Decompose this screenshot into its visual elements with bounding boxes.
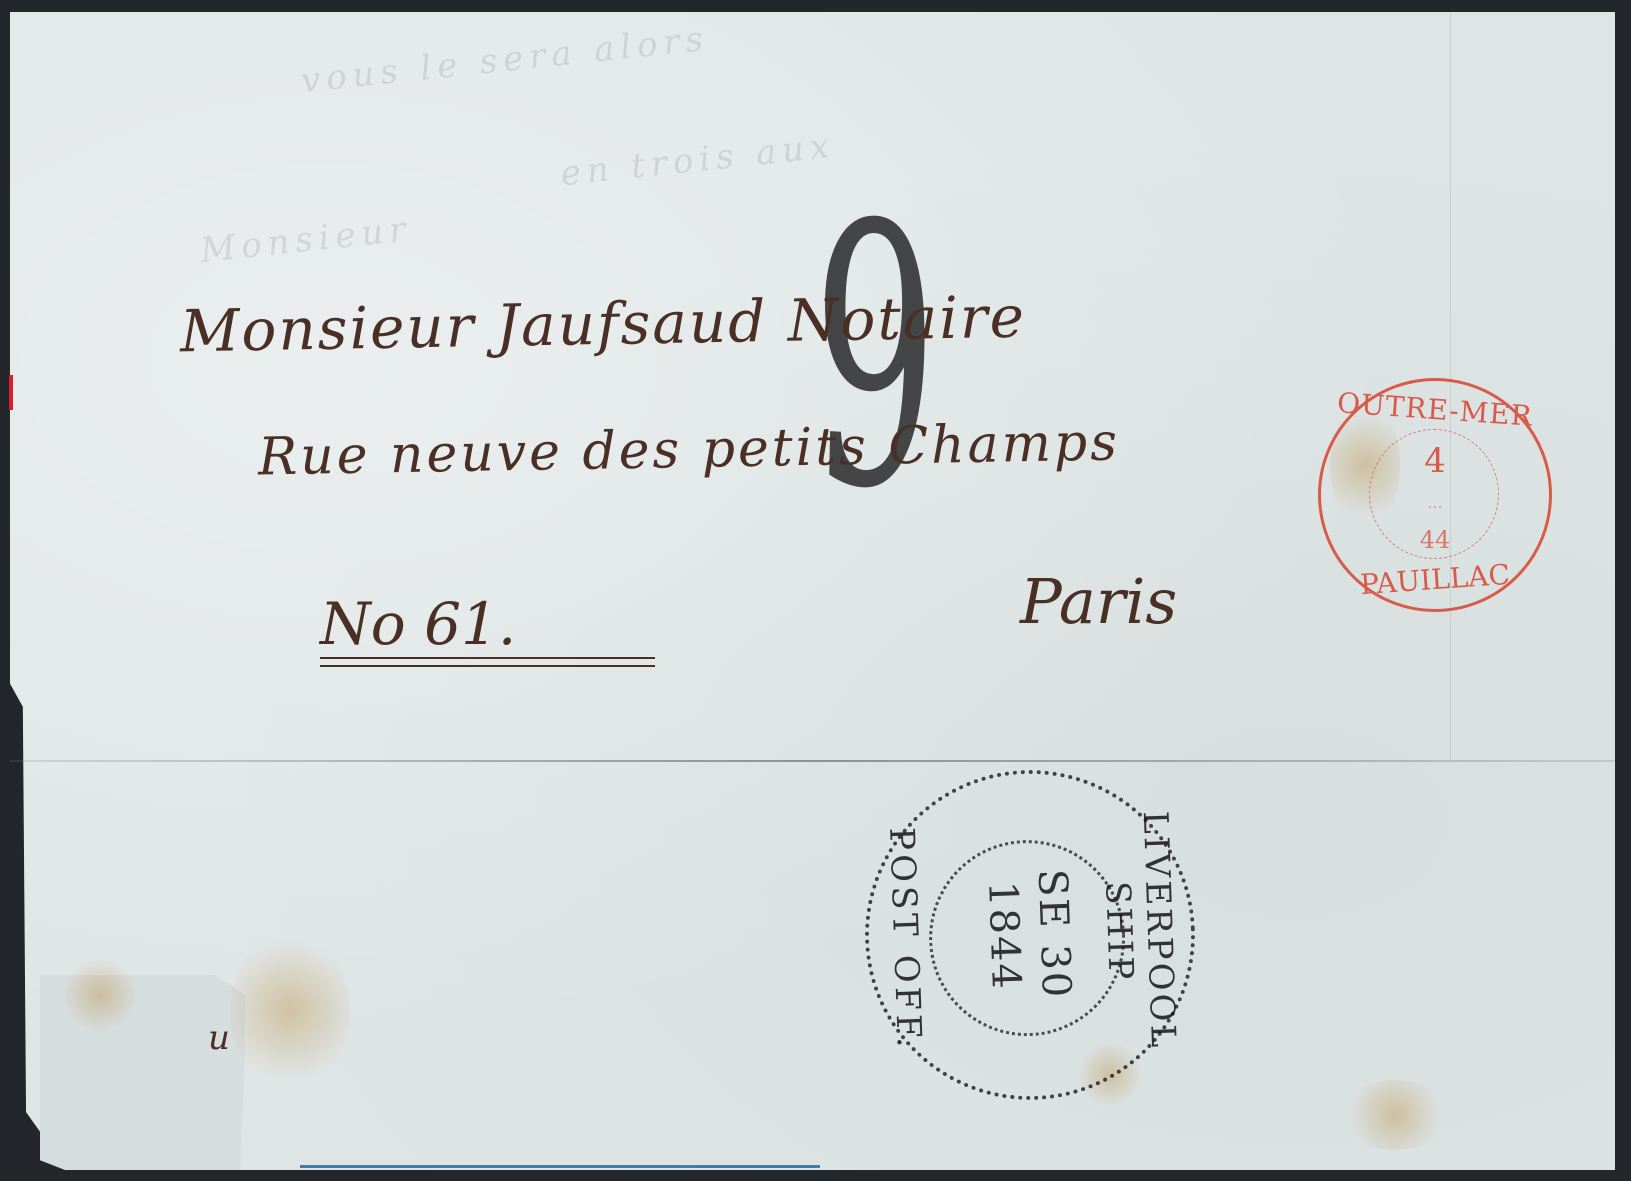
postmark-day: 4: [1321, 441, 1549, 481]
foxing-stain: [60, 960, 140, 1030]
postmark-year: 44: [1321, 526, 1549, 554]
address-reference-number: No 61.: [320, 590, 516, 658]
red-postmark-pauillac: OUTRE-MER 4 ... 44 PAUILLAC: [1318, 378, 1552, 612]
reference-underline: [320, 665, 655, 667]
partial-handwriting: u: [208, 1018, 230, 1058]
manuscript-charge-mark: 9: [808, 175, 941, 543]
foxing-stain: [1340, 1080, 1450, 1150]
address-city: Paris: [1020, 565, 1177, 638]
reference-underline: [320, 657, 655, 659]
blue-edge-strip: [300, 1165, 820, 1168]
red-edge-mark: [9, 375, 13, 410]
postmark-month: ...: [1321, 493, 1549, 512]
horizontal-fold-crease: [10, 760, 1615, 762]
foxing-stain: [230, 930, 350, 1090]
black-postmark-ship-letter: LIVERPOOL SHIP SE 30 1844 POST OFF.: [859, 764, 1200, 1105]
postmark-top-text: LIVERPOOL SHIP: [1093, 765, 1184, 1098]
